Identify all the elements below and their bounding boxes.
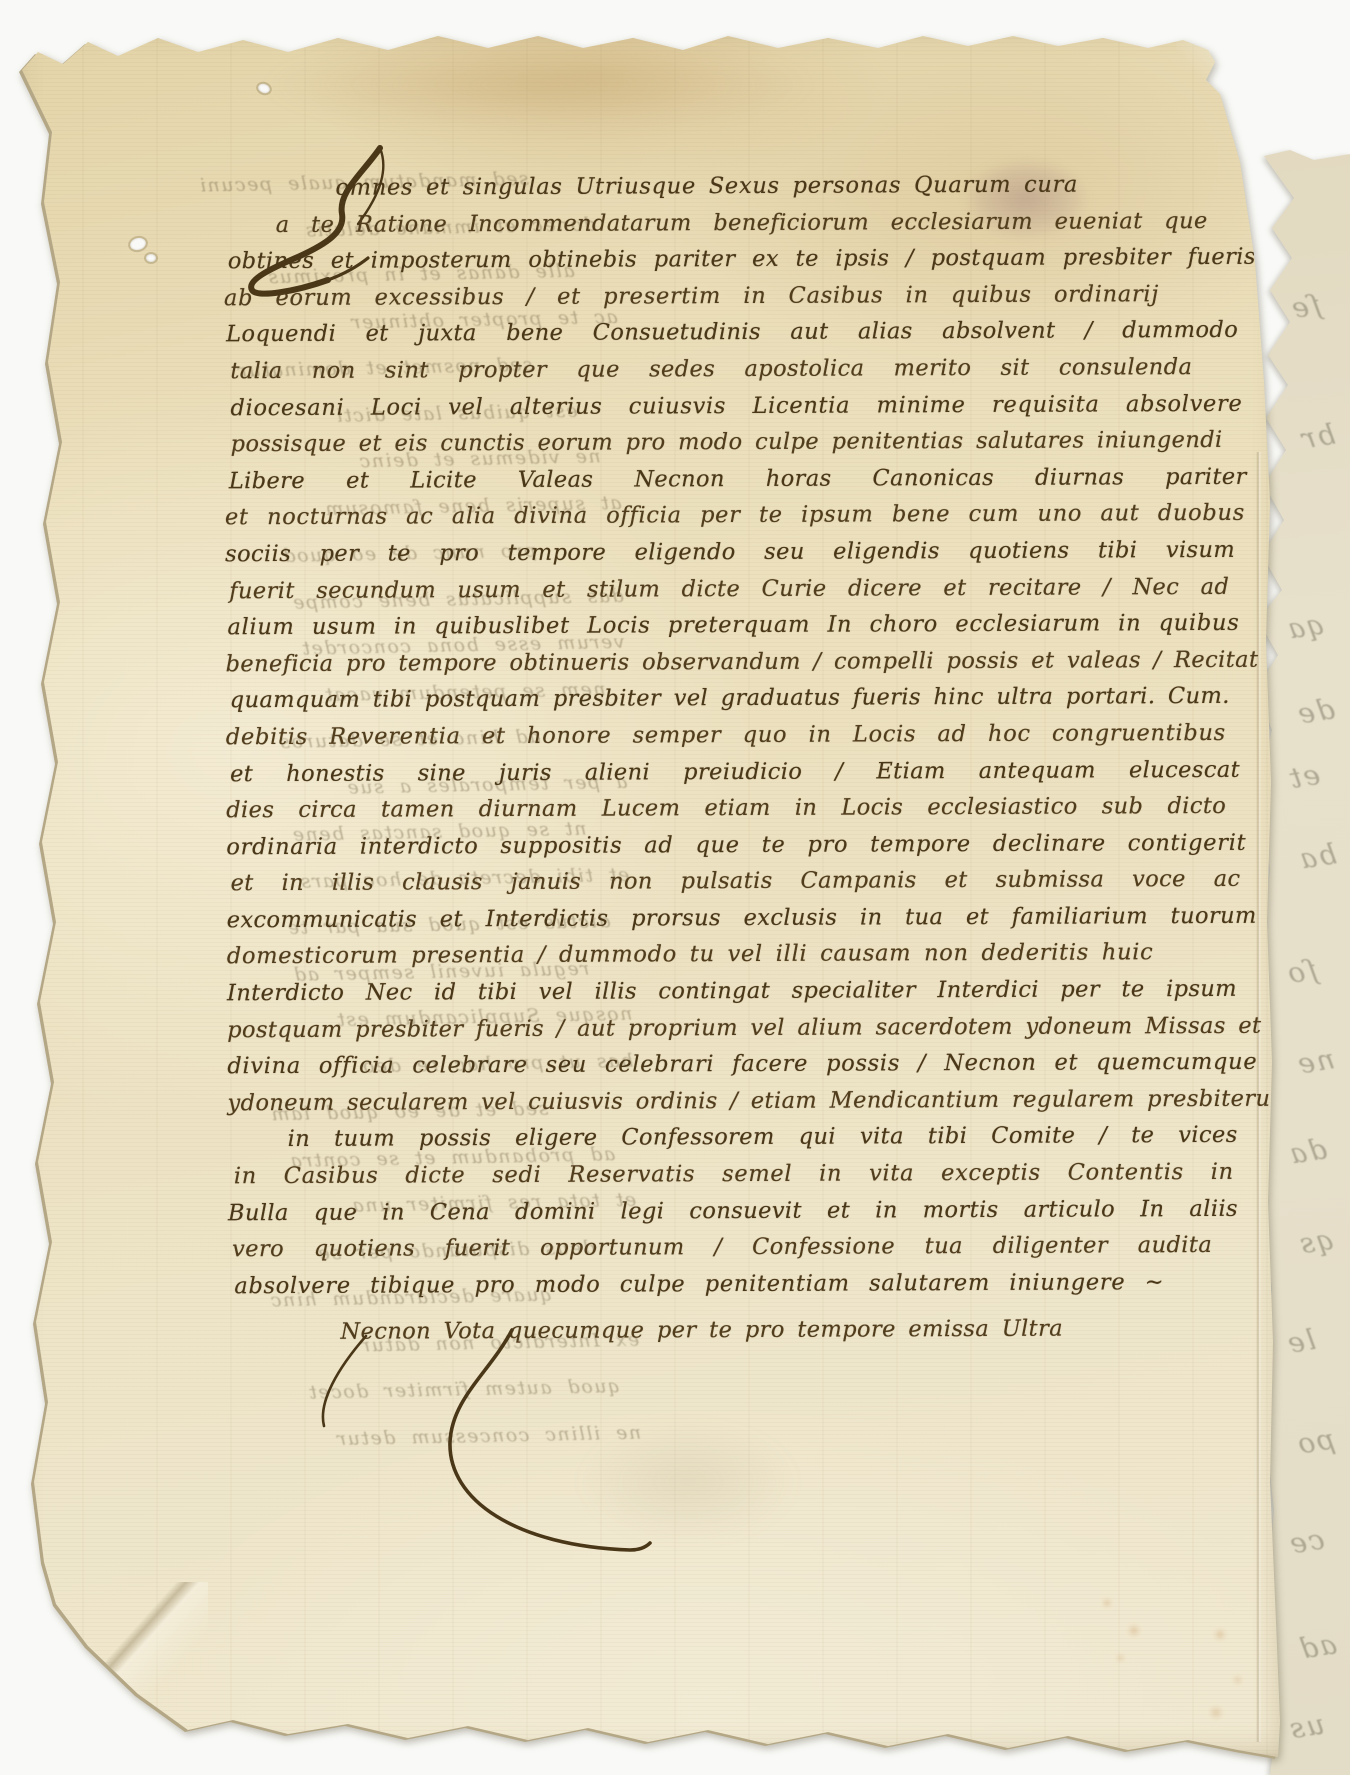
manuscript-line: vero quotiens fuerit opportunum / Confes… <box>232 1227 1212 1268</box>
manuscript-text-block: omnes et singulas Utriusque Sexus person… <box>223 166 1260 1351</box>
manuscript-line: talia non sint propter que sedes apostol… <box>230 349 1192 390</box>
water-stain <box>258 40 818 130</box>
manuscript-line: ordinaria interdicto suppositis ad que t… <box>226 824 1246 865</box>
manuscript-line: sociis per te pro tempore eligendo seu e… <box>225 532 1235 573</box>
manuscript-line: ydoneum secularem vel cuiusvis ordinis /… <box>227 1081 1259 1122</box>
manuscript-line: dies circa tamen diurnam Lucem etiam in … <box>226 788 1226 829</box>
ghost-text-fragment: da <box>1286 1132 1329 1171</box>
scanner-background: ſebrqadeetbaſonedaqslepoceadus sed manda… <box>0 0 1350 1775</box>
ghost-text-fragment: qs <box>1296 1222 1337 1260</box>
manuscript-line: Libere et Licite Valeas Necnon horas Can… <box>229 459 1247 500</box>
ghost-text-fragment: ſe <box>1288 288 1324 325</box>
manuscript-line: et nocturnas ac alia divina officia per … <box>225 495 1245 536</box>
manuscript-line: domesticorum presentia / dummodo tu vel … <box>227 935 1107 975</box>
ghost-text-fragment: ba <box>1296 837 1339 876</box>
manuscript-line: Interdicto Nec id tibi vel illis conting… <box>227 971 1237 1012</box>
manuscript-line: fuerit secundum usum et stilum dicte Cur… <box>229 568 1229 609</box>
ghost-text-fragment: qa <box>1284 607 1327 646</box>
manuscript-page: sed mandatum quale pecunidonec et immane… <box>8 22 1288 1759</box>
ghost-text-fragment: us <box>1286 1707 1327 1745</box>
manuscript-line: et honestis sine juris alieni preiudicio… <box>230 751 1240 792</box>
ghost-text-fragment: ne <box>1294 1042 1337 1081</box>
manuscript-line: et in illis clausis januis non pulsatis … <box>230 861 1240 902</box>
ghost-text-fragment: et <box>1286 758 1323 796</box>
ghost-text-fragment: ad <box>1296 1627 1339 1666</box>
top-right-fold <box>1176 32 1236 102</box>
worm-hole <box>257 82 271 95</box>
manuscript-line: ab eorum excessibus / et presertim in Ca… <box>224 276 1159 317</box>
manuscript-line: excommunicatis et Interdictis prorsus ex… <box>227 898 1257 939</box>
manuscript-line: omnes et singulas Utriusque Sexus person… <box>335 167 1077 207</box>
manuscript-line: absolvere tibique pro modo culpe peniten… <box>234 1264 1164 1305</box>
manuscript-line: quamquam tibi postquam presbiter vel gra… <box>230 678 1230 719</box>
ghost-text-fragment: br <box>1298 417 1338 455</box>
foxing-spots <box>1080 1570 1170 1680</box>
ghost-text-fragment: le <box>1284 1323 1318 1360</box>
manuscript-line: obtines et imposterum obtinebis pariter … <box>228 239 1256 280</box>
ghost-text-fragment: ſo <box>1284 953 1320 990</box>
manuscript-line: Bulla que in Cena domini legi consuevit … <box>228 1190 1238 1231</box>
manuscript-line: alium usum in quibuslibet Locis preterqu… <box>227 605 1239 646</box>
ghost-text-fragment: po <box>1294 1422 1337 1461</box>
ghost-text-fragment: ce <box>1286 1522 1327 1560</box>
manuscript-line: possisque et eis cunctis eorum pro modo … <box>231 422 1223 463</box>
manuscript-line: divina officia celebrare seu celebrari f… <box>227 1044 1257 1085</box>
manuscript-line: a te Ratione Incommendatarum beneficioru… <box>276 203 1208 244</box>
manuscript-page-wrap: sed mandatum quale pecunidonec et immane… <box>8 22 1288 1759</box>
manuscript-line: Loquendi et juxta bene Consuetudinis aut… <box>226 312 1238 353</box>
manuscript-line: beneficia pro tempore obtinueris observa… <box>226 641 1256 682</box>
manuscript-line: in Casibus dicte sedi Reservatis semel i… <box>234 1154 1234 1195</box>
manuscript-line: debitis Reverentia et honore semper quo … <box>226 715 1226 756</box>
closing-flourish-ornament <box>300 1314 660 1594</box>
manuscript-line: in tuum possis eligere Confessorem qui v… <box>288 1117 1238 1158</box>
manuscript-line: diocesani Loci vel alterius cuiusvis Lic… <box>230 385 1242 426</box>
manuscript-line: postquam presbiter fueris / aut proprium… <box>227 1007 1262 1048</box>
ghost-text-fragment: de <box>1294 692 1337 731</box>
folio-number: 2 <box>58 1674 69 1693</box>
